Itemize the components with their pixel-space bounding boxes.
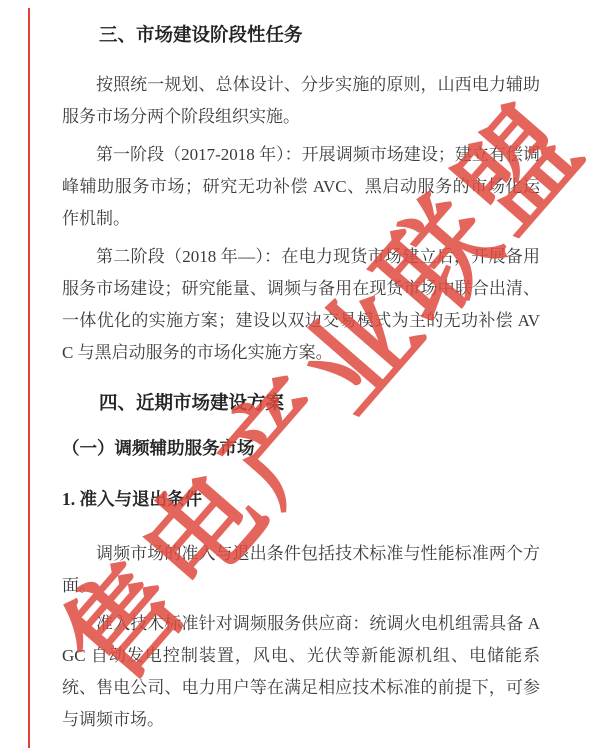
- section-4-subheading-2: 1. 准入与退出条件: [62, 487, 540, 511]
- section-3-heading: 三、市场建设阶段性任务: [62, 22, 540, 48]
- section-4-subheading-1: （一）调频辅助服务市场: [62, 436, 540, 460]
- section-3-paragraph-1: 按照统一规划、总体设计、分步实施的原则，山西电力辅助服务市场分两个阶段组织实施。: [62, 69, 540, 133]
- document-content: 三、市场建设阶段性任务 按照统一规划、总体设计、分步实施的原则，山西电力辅助服务…: [62, 22, 540, 742]
- section-4-paragraph-2: 准入技术标准针对调频服务供应商：统调火电机组需具备 AGC 自动发电控制装置，风…: [62, 608, 540, 736]
- document-page: 三、市场建设阶段性任务 按照统一规划、总体设计、分步实施的原则，山西电力辅助服务…: [0, 0, 598, 756]
- left-accent-line: [28, 8, 30, 748]
- section-4-paragraph-1: 调频市场的准入与退出条件包括技术标准与性能标准两个方面。: [62, 538, 540, 602]
- section-3-paragraph-3: 第二阶段（2018 年—）：在电力现货市场建立后，开展备用服务市场建设；研究能量…: [62, 241, 540, 369]
- section-3-paragraph-2: 第一阶段（2017-2018 年）：开展调频市场建设；建立有偿调峰辅助服务市场；…: [62, 139, 540, 235]
- section-4-heading: 四、近期市场建设方案: [62, 390, 540, 416]
